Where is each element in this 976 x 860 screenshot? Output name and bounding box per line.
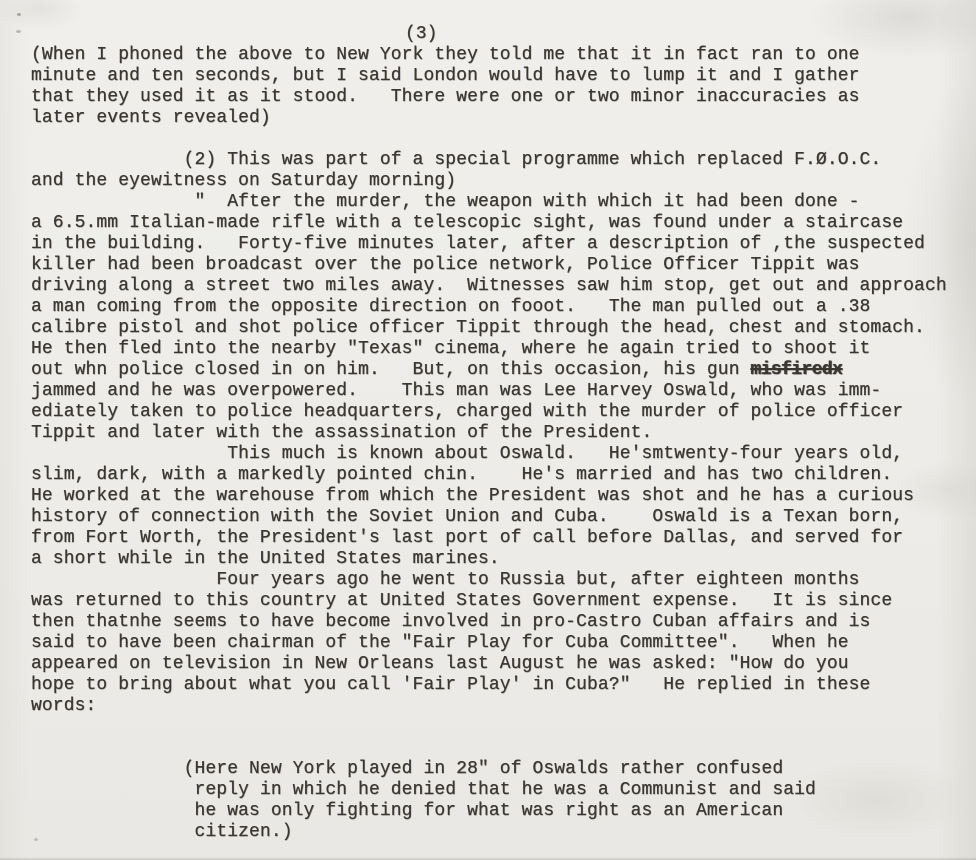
struck-out-word: misfiredx xyxy=(751,360,843,380)
text-line: and the eyewitness on Saturday morning) xyxy=(31,171,947,192)
text-line: (When I phoned the above to New York the… xyxy=(31,45,947,66)
text-line: reply in which he denied that he was a C… xyxy=(31,780,947,801)
text-line: a man coming from the opposite direction… xyxy=(31,297,947,318)
text-line: words: xyxy=(31,696,947,717)
text-line: that they used it as it stood. There wer… xyxy=(31,87,947,108)
text-line: driving along a street two miles away. W… xyxy=(31,276,947,297)
page-number: (3) xyxy=(405,24,437,45)
text-line: minute and ten seconds, but I said Londo… xyxy=(31,66,947,87)
text-line: calibre pistol and shot police officer T… xyxy=(31,318,947,339)
text-line xyxy=(31,717,947,738)
text-line: (Here New York played in 28" of Oswalds … xyxy=(31,759,947,780)
text-line: said to have been chairman of the "Fair … xyxy=(31,633,947,654)
text-line: Tippit and later with the assassination … xyxy=(31,423,947,444)
text-line: He then fled into the nearby "Texas" cin… xyxy=(31,339,947,360)
text-line: a 6.5.mm Italian-made rifle with a teles… xyxy=(31,213,947,234)
text-line: was returned to this country at United S… xyxy=(31,591,947,612)
text-line: He worked at the warehouse from which th… xyxy=(31,486,947,507)
text-segment: out whn police closed in on him. But, on… xyxy=(31,360,751,380)
text-line: killer had been broadcast over the polic… xyxy=(31,255,947,276)
text-line xyxy=(31,129,947,150)
text-line: later events revealed) xyxy=(31,108,947,129)
text-line: from Fort Worth, the President's last po… xyxy=(31,528,947,549)
text-line: slim, dark, with a markedly pointed chin… xyxy=(31,465,947,486)
scan-speck xyxy=(17,13,21,16)
text-line: (2) This was part of a special programme… xyxy=(31,150,947,171)
text-line: " After the murder, the weapon with whic… xyxy=(31,192,947,213)
text-line: jammed and he was overpowered. This man … xyxy=(31,381,947,402)
text-line: history of connection with the Soviet Un… xyxy=(31,507,947,528)
text-line: Four years ago he went to Russia but, af… xyxy=(31,570,947,591)
text-line: a short while in the United States marin… xyxy=(31,549,947,570)
text-line: in the building. Forty-five minutes late… xyxy=(31,234,947,255)
text-line: appeared on television in New Orleans la… xyxy=(31,654,947,675)
text-line: ediately taken to police headquarters, c… xyxy=(31,402,947,423)
text-line: he was only fighting for what was right … xyxy=(31,801,947,822)
text-line: out whn police closed in on him. But, on… xyxy=(31,360,947,381)
document-page: (3) (When I phoned the above to New York… xyxy=(0,0,976,860)
scan-speck xyxy=(16,30,21,33)
text-line xyxy=(31,738,947,759)
text-line: citizen.) xyxy=(31,822,947,843)
text-line: hope to bring about what you call 'Fair … xyxy=(31,675,947,696)
text-line: This much is known about Oswald. He'smtw… xyxy=(31,444,947,465)
text-line: then thatnhe seems to have become involv… xyxy=(31,612,947,633)
document-body: (When I phoned the above to New York the… xyxy=(31,45,947,843)
